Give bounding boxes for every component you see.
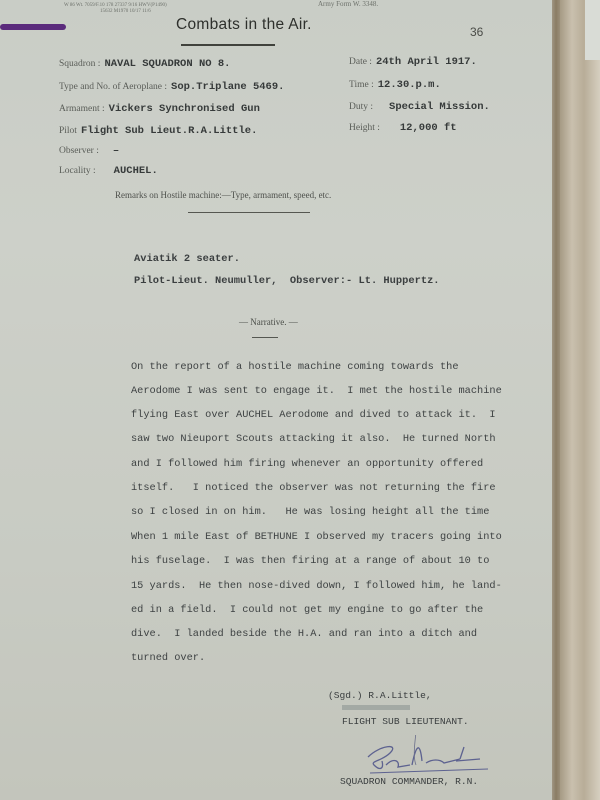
title-underline: [181, 44, 275, 46]
narrative-line: itself. I noticed the observer was not r…: [131, 482, 496, 494]
narrative-line: 15 yards. He then nose-dived down, I fol…: [131, 580, 502, 592]
field-value: AUCHEL.: [114, 165, 158, 177]
field-locality: Locality : AUCHEL.: [59, 165, 158, 177]
background-surface: [585, 0, 600, 60]
field-label: Height :: [349, 123, 380, 133]
remarks-label: Remarks on Hostile machine:—Type, armame…: [115, 190, 331, 200]
field-value: Vickers Synchronised Gun: [109, 103, 260, 115]
signed-by: (Sgd.) R.A.Little,: [328, 690, 432, 701]
field-height: Height : 12,000 ft: [349, 122, 457, 134]
folder-edge: [560, 0, 600, 800]
field-pilot: Pilot Flight Sub Lieut.R.A.Little.: [59, 125, 257, 137]
field-value: Sop.Triplane 5469.: [171, 81, 284, 93]
field-label: Pilot: [59, 126, 77, 136]
hostile-crew: Pilot-Lieut. Neumuller, Observer:- Lt. H…: [134, 275, 440, 287]
field-label: Duty :: [349, 102, 373, 112]
struck-out-text: [342, 705, 410, 710]
hostile-machine-type: Aviatik 2 seater.: [134, 253, 240, 265]
field-aeroplane: Type and No. of Aeroplane : Sop.Triplane…: [59, 81, 284, 93]
field-date: Date : 24th April 1917.: [349, 56, 477, 68]
page-title: Combats in the Air.: [176, 16, 312, 34]
field-value: –: [113, 145, 119, 157]
narrative-line: saw two Nieuport Scouts attacking it als…: [131, 433, 496, 445]
divider: [188, 212, 310, 213]
narrative-line: dive. I landed beside the H.A. and ran i…: [131, 628, 477, 640]
document-page: W 86 Wt. 7059/F.10 178 27337 9/16 HWV(P1…: [0, 0, 552, 800]
field-armament: Armament : Vickers Synchronised Gun: [59, 103, 260, 115]
narrative-line: When 1 mile East of BETHUNE I observed m…: [131, 531, 502, 543]
narrative-line: flying East over AUCHEL Aerodome and div…: [131, 409, 496, 421]
field-time: Time : 12.30.p.m.: [349, 79, 441, 91]
field-label: Squadron :: [59, 59, 100, 69]
field-value: 12,000 ft: [400, 122, 457, 134]
field-squadron: Squadron : NAVAL SQUADRON NO 8.: [59, 58, 230, 70]
narrative-line: his fuselage. I was then firing at a ran…: [131, 555, 489, 567]
field-label: Time :: [349, 80, 374, 90]
field-value: 12.30.p.m.: [378, 79, 441, 91]
divider: [252, 337, 278, 338]
field-label: Date :: [349, 57, 372, 67]
field-label: Type and No. of Aeroplane :: [59, 82, 167, 92]
field-label: Armament :: [59, 104, 105, 114]
narrative-line: and I followed him firing whenever an op…: [131, 458, 483, 470]
field-label: Observer :: [59, 146, 99, 156]
narrative-line: On the report of a hostile machine comin…: [131, 361, 459, 373]
page-number: 36: [470, 25, 483, 39]
field-value: Flight Sub Lieut.R.A.Little.: [81, 125, 257, 137]
field-label: Locality :: [59, 166, 96, 176]
commander-title: SQUADRON COMMANDER, R.N.: [340, 776, 478, 787]
narrative-line: Aerodome I was sent to engage it. I met …: [131, 385, 502, 397]
form-reference: Army Form W. 3348.: [318, 0, 378, 8]
narrative-heading: — Narrative. —: [239, 317, 298, 327]
narrative-line: so I closed in on him. He was losing hei…: [131, 506, 489, 518]
print-reference-2: 15632 M1970 10/17 11/6: [100, 9, 151, 14]
purple-string-tag: [0, 24, 66, 30]
narrative-line: ed in a field. I could not get my engine…: [131, 604, 483, 616]
field-observer: Observer : –: [59, 145, 119, 157]
field-value: Special Mission.: [389, 101, 490, 113]
narrative-line: turned over.: [131, 652, 205, 664]
field-duty: Duty : Special Mission.: [349, 101, 490, 113]
print-reference: W 86 Wt. 7059/F.10 178 27337 9/16 HWV(P1…: [64, 3, 167, 8]
field-value: 24th April 1917.: [376, 56, 477, 68]
signer-rank: FLIGHT SUB LIEUTENANT.: [342, 716, 469, 727]
field-value: NAVAL SQUADRON NO 8.: [104, 58, 230, 70]
